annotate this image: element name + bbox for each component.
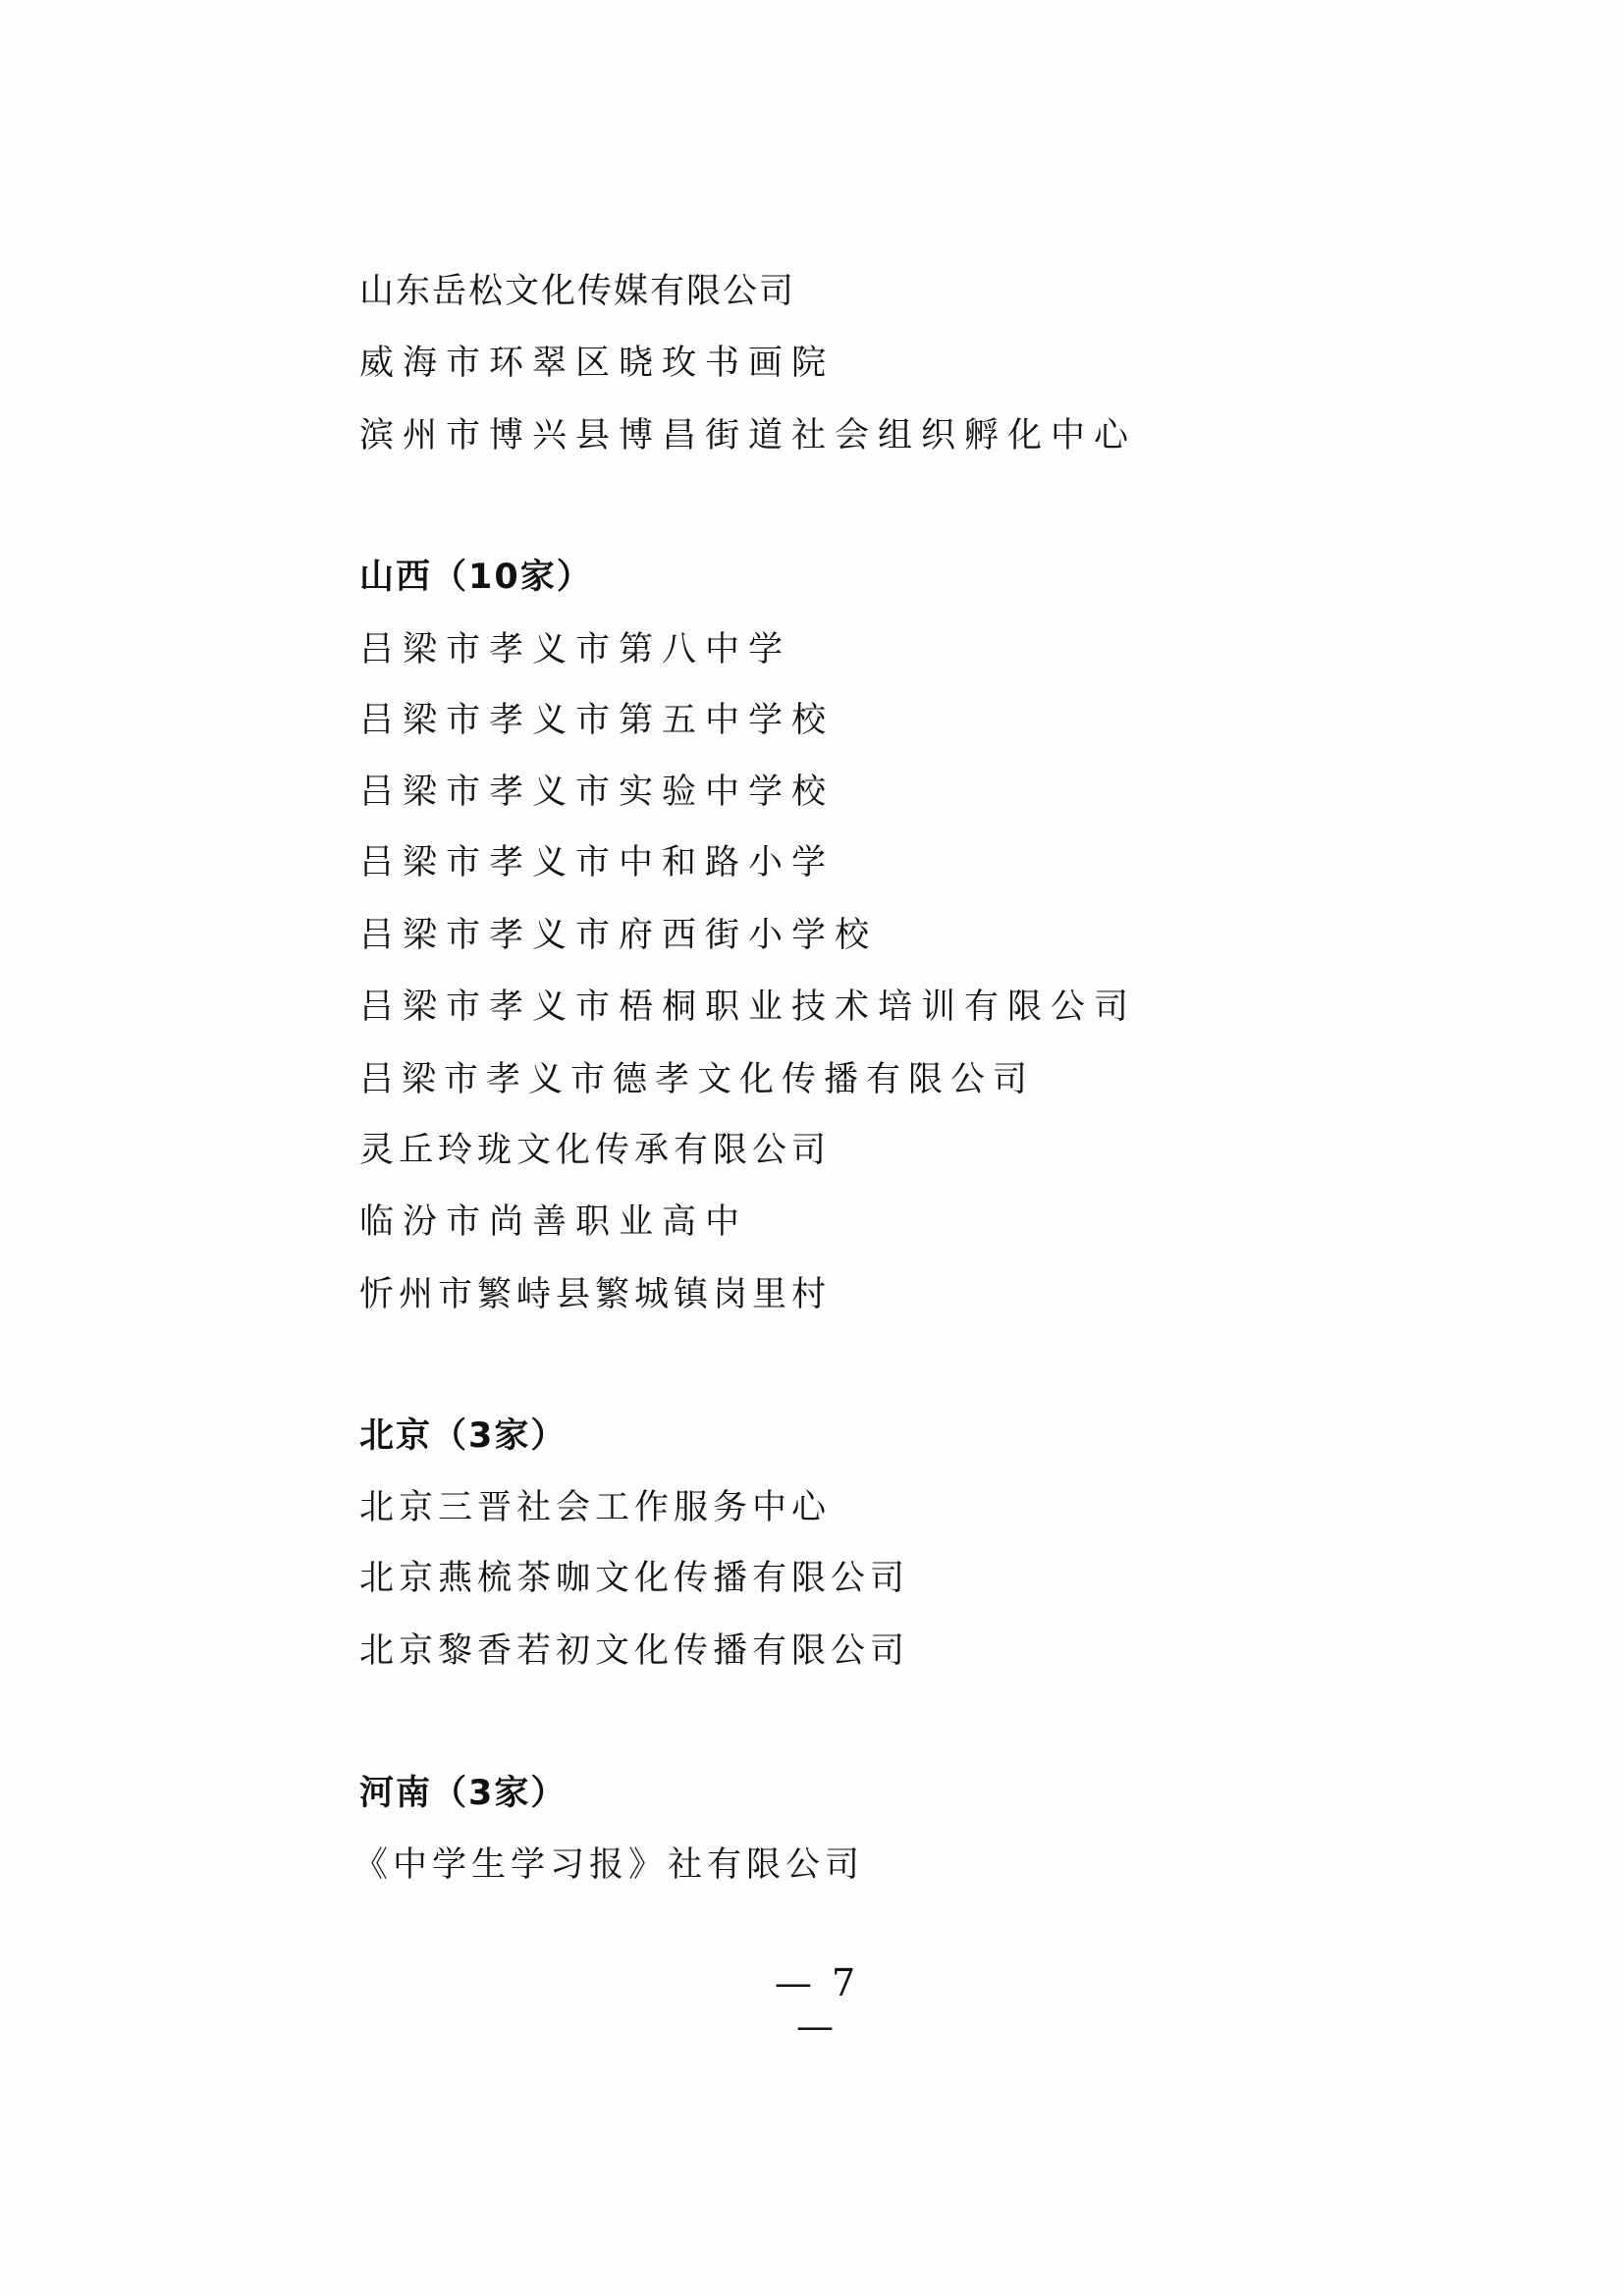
list-item: 灵丘玲珑文化传承有限公司: [359, 1129, 831, 1172]
section-heading-beijing: 北京（3家）: [359, 1415, 567, 1458]
list-item: 吕梁市孝义市第八中学: [359, 628, 791, 671]
section-heading-shanxi: 山西（10家）: [359, 556, 593, 599]
list-item: 临汾市尚善职业高中: [359, 1201, 748, 1244]
list-item: 吕梁市孝义市德孝文化传播有限公司: [359, 1058, 1035, 1101]
list-item: 吕梁市孝义市梧桐职业技术培训有限公司: [359, 986, 1137, 1029]
list-item: 吕梁市孝义市第五中学校: [359, 699, 835, 742]
list-item: 威海市环翠区晓玫书画院: [359, 342, 835, 385]
list-item: 北京三晋社会工作服务中心: [359, 1486, 831, 1529]
list-item: 吕梁市孝义市中和路小学: [359, 841, 835, 884]
list-item: 北京燕梳茶咖文化传播有限公司: [359, 1557, 909, 1600]
list-item: 吕梁市孝义市实验中学校: [359, 771, 835, 814]
page-number: — 7 —: [746, 1961, 888, 2004]
list-item: 滨州市博兴县博昌街道社会组织孵化中心: [359, 414, 1137, 457]
section-heading-henan: 河南（3家）: [359, 1772, 567, 1815]
list-item: 《中学生学习报》社有限公司: [353, 1843, 864, 1887]
list-item: 山东岳松文化传媒有限公司: [359, 270, 795, 313]
list-item: 吕梁市孝义市府西街小学校: [359, 914, 878, 957]
list-item: 北京黎香若初文化传播有限公司: [359, 1629, 909, 1673]
list-item: 忻州市繁峙县繁城镇岗里村: [359, 1273, 831, 1316]
document-page: 山东岳松文化传媒有限公司 威海市环翠区晓玫书画院 滨州市博兴县博昌街道社会组织孵…: [0, 0, 1624, 2296]
